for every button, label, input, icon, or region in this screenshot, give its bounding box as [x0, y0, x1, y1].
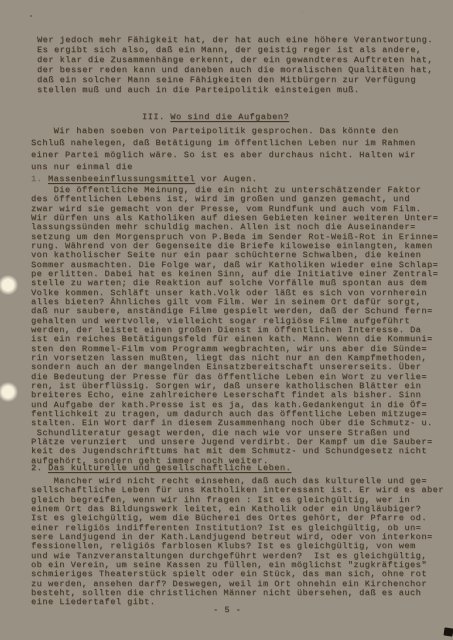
section1-heading: 1. Massenbeeinflussungsmittel vor Augen.	[31, 174, 257, 184]
scan-corner-mark	[443, 627, 453, 636]
section2-heading: 2. Das kulturelle und gesellschaftliche …	[31, 463, 291, 473]
section2-number: 2.	[31, 463, 48, 473]
lead-paragraph: Wir haben soeben von Parteipolitik gespr…	[31, 126, 416, 174]
section1-title: Massenbeeinflussungsmittel	[48, 174, 195, 184]
main-heading: III. Wo sind die Aufgaben?	[142, 112, 289, 122]
scanned-typewritten-page: Wer jedoch mehr Fähigkeit hat, der hat a…	[0, 0, 453, 640]
page-number: - 5 -	[213, 605, 241, 615]
main-heading-numeral: III.	[142, 112, 170, 122]
main-heading-title: Wo sind die Aufgaben?	[170, 112, 289, 122]
paper-speck	[302, 11, 303, 12]
section2-paragraph: Mancher wird nicht recht einsehen, daß a…	[31, 477, 444, 608]
section1-number: 1.	[31, 174, 48, 184]
section2-title: Das kulturelle und gesellschaftliche Leb…	[48, 463, 291, 473]
paper-speck	[30, 15, 32, 17]
section1-paragraph: Die öffentliche Meinung, die ein nicht z…	[31, 186, 438, 466]
intro-paragraph: Wer jedoch mehr Fähigkeit hat, der hat a…	[37, 36, 433, 95]
section1-title-suffix: vor Augen.	[195, 174, 257, 184]
punch-hole-bottom	[0, 382, 18, 402]
punch-hole-top	[0, 275, 18, 295]
